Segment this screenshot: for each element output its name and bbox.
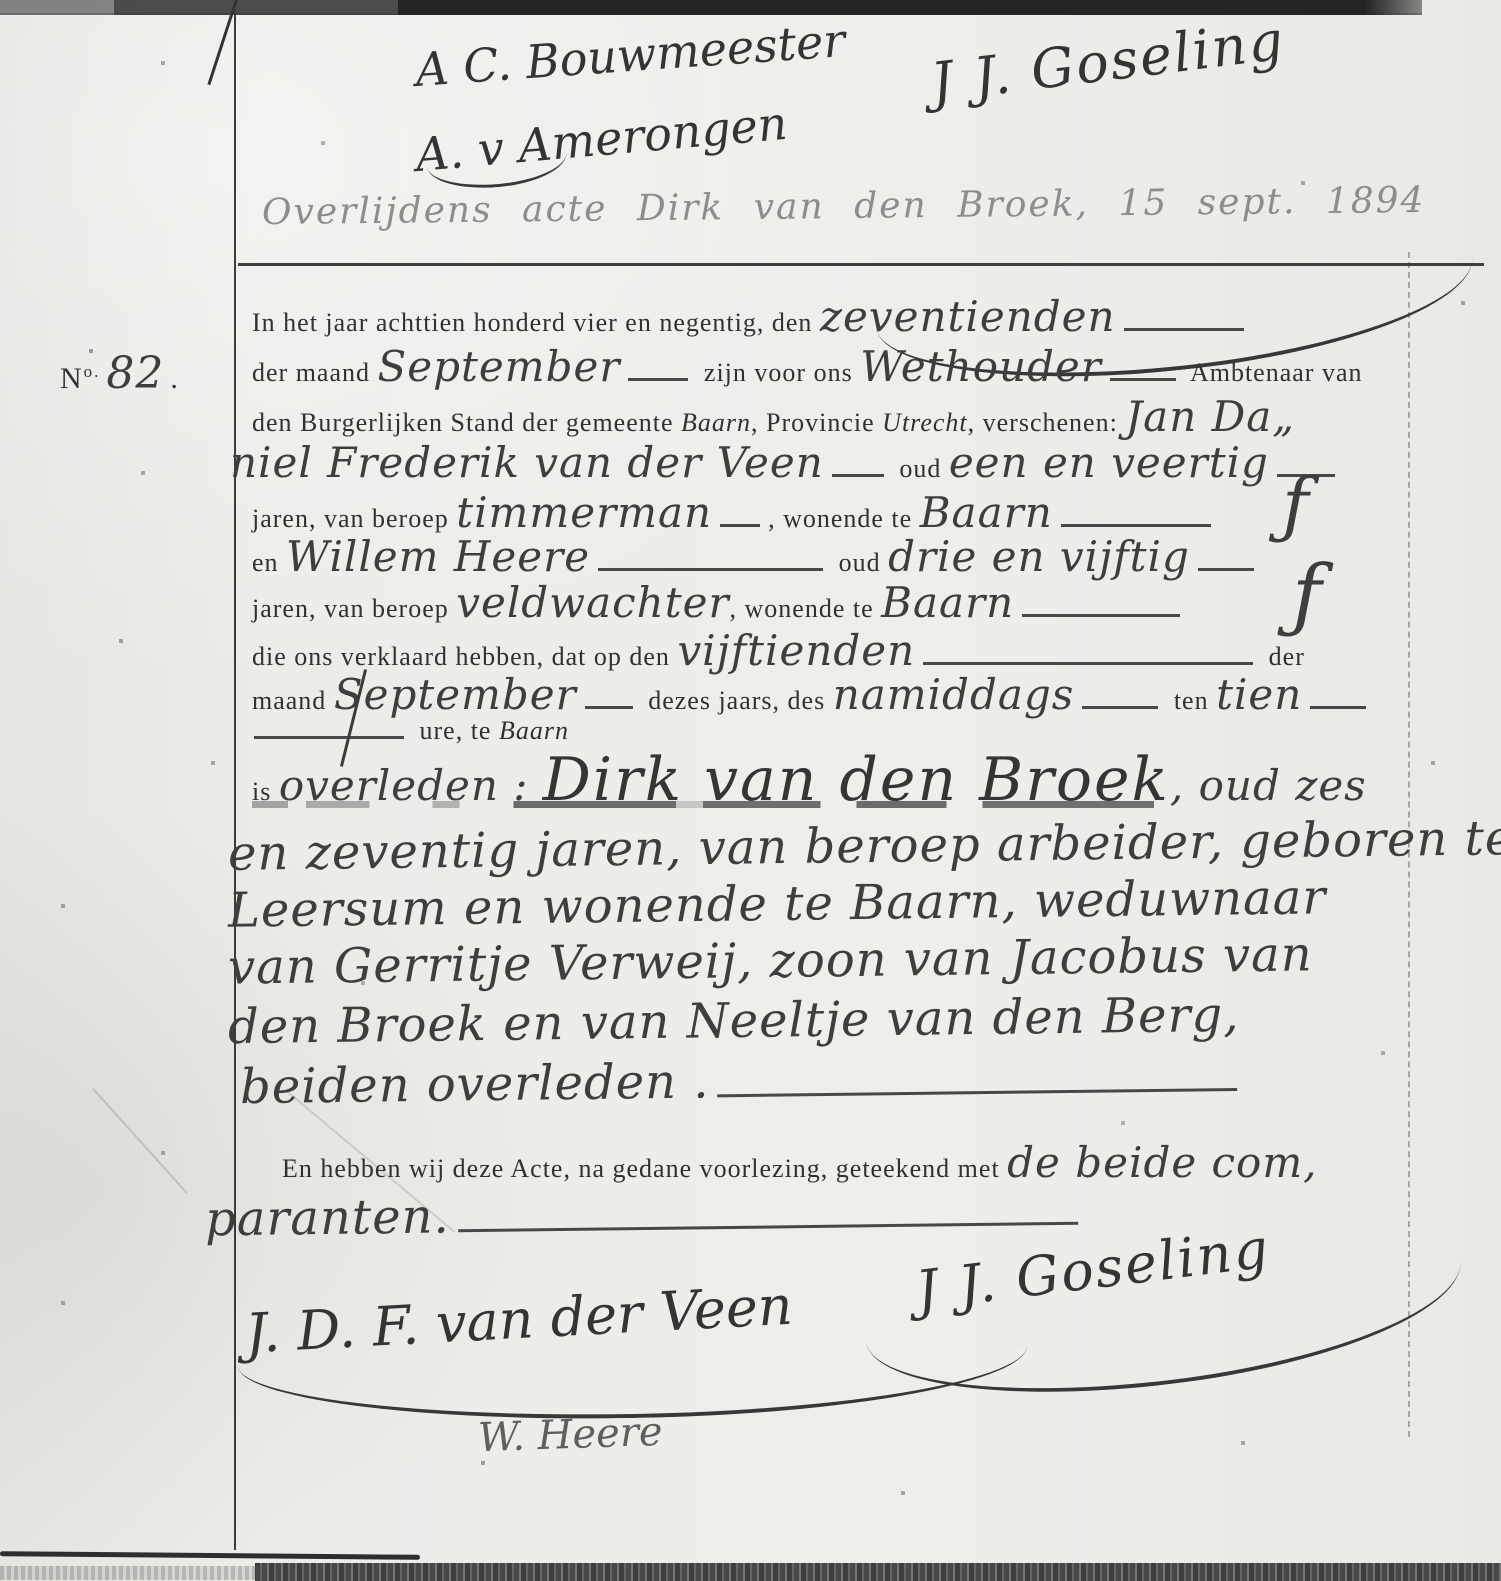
- body-line: jaren, van beroep veldwachter, wonende t…: [252, 578, 1188, 627]
- handwritten-entry: paranten.: [205, 1188, 450, 1247]
- act-number-dot: .: [170, 362, 180, 395]
- scan-bottom-band: [0, 1566, 260, 1580]
- signature-goseling-top: J J. Goseling: [927, 9, 1288, 115]
- blank-fill-line: [254, 731, 404, 739]
- handwritten-entry: namiddags: [833, 670, 1075, 719]
- body-line: der maand September zijn voor ons Wethou…: [252, 342, 1362, 391]
- body-line: die ons verklaard hebben, dat op den vij…: [252, 626, 1305, 675]
- scan-bottom-band: [255, 1563, 1501, 1581]
- body-line: en Willem Heere oud drie en vijftig: [252, 532, 1262, 581]
- blank-fill-line: [720, 519, 760, 527]
- scan-top-band: [0, 0, 1422, 15]
- printed-text: In het jaar achttien honderd vier en neg…: [252, 308, 820, 337]
- handwritten-entry: niel Frederik van der Veen: [230, 438, 824, 487]
- body-line: paranten.: [205, 1181, 1086, 1248]
- printed-text: zijn voor ons: [696, 358, 860, 387]
- printed-text: , Provincie: [751, 408, 882, 437]
- act-number: No.82.: [60, 348, 180, 399]
- death-record-scan: A C. Bouwmeester J J. Goseling A. v Amer…: [0, 0, 1501, 1581]
- printed-text: Ambtenaar van: [1184, 358, 1363, 387]
- body-line: niel Frederik van der Veen oud een en ve…: [230, 438, 1343, 487]
- handwritten-entry: tien: [1216, 670, 1302, 719]
- printed-text: ure, te: [412, 716, 499, 745]
- printed-text: oud: [892, 454, 949, 483]
- handwritten-entry: Baarn: [920, 488, 1053, 537]
- scan-speckles: [0, 0, 2, 2]
- body-line: den Burgerlijken Stand der gemeente Baar…: [252, 392, 1295, 441]
- body-line: ure, te Baarn: [246, 716, 569, 746]
- body-line: beiden overleden .: [240, 1047, 1246, 1115]
- pen-flourish: ƒ: [1292, 548, 1322, 641]
- blank-fill-line: [585, 701, 633, 709]
- scan-bottom-line: [0, 1551, 420, 1560]
- printed-text: den Burgerlijken Stand der gemeente: [252, 408, 681, 437]
- scratch-mark: [92, 1088, 187, 1193]
- body-line: jaren, van beroep timmerman, wonende te …: [252, 488, 1219, 537]
- body-line: In het jaar achttien honderd vier en neg…: [252, 292, 1252, 341]
- printed-text: maand: [252, 686, 334, 715]
- handwritten-entry: Jan Da„: [1125, 392, 1295, 441]
- handwritten-entry: een en veertig: [949, 438, 1269, 487]
- act-number-prefix: N: [60, 362, 84, 395]
- printed-text: dezes jaars, des: [641, 686, 833, 715]
- handwritten-entry: beiden overleden .: [240, 1053, 710, 1115]
- handwritten-entry: Willem Heere: [286, 532, 590, 581]
- signature-heere: W. Heere: [477, 1409, 663, 1461]
- printed-text: Baarn: [499, 716, 569, 745]
- handwritten-entry: drie en vijftig: [888, 532, 1190, 581]
- blank-fill-line: [1022, 609, 1180, 617]
- blank-fill-line: [832, 469, 884, 477]
- printed-text: En hebben wij deze Acte, na gedane voorl…: [282, 1154, 1007, 1183]
- body-line: maand September dezes jaars, des namidda…: [252, 670, 1374, 719]
- blank-fill-line: [1061, 519, 1211, 527]
- printed-text: der: [1261, 642, 1305, 671]
- blank-fill-line: [1082, 701, 1158, 709]
- handwritten-entry: timmerman: [456, 488, 712, 537]
- printed-text: en: [252, 548, 286, 577]
- signature-bouwmeester: A C. Bouwmeester: [414, 13, 847, 97]
- left-margin-rule: [234, 10, 236, 1550]
- handwritten-entry: van Gerritje Verweij, zoon van Jacobus v…: [228, 926, 1313, 995]
- handwritten-entry: den Broek en van Neeltje van den Berg,: [228, 987, 1240, 1055]
- blank-fill-line: [1310, 701, 1366, 709]
- printed-text: , wonende te: [730, 594, 882, 623]
- printed-text: der maand: [252, 358, 378, 387]
- blank-fill-line: [1110, 373, 1176, 381]
- body-line: den Broek en van Neeltje van den Berg,: [228, 987, 1240, 1055]
- handwritten-entry: , oud zes: [1170, 761, 1367, 810]
- printed-text: , verschenen:: [968, 408, 1126, 437]
- blank-fill-line: [1124, 323, 1244, 331]
- pen-flourish: ƒ: [1282, 462, 1309, 546]
- body-line: van Gerritje Verweij, zoon van Jacobus v…: [228, 926, 1313, 995]
- pencil-annotation: Overlijdens acte Dirk van den Broek, 15 …: [262, 180, 1426, 233]
- blank-fill-line: [1198, 563, 1254, 571]
- printed-text: jaren, van beroep: [252, 594, 456, 623]
- act-number-ordinal: o.: [84, 362, 101, 381]
- handwritten-entry: vijftienden: [677, 626, 915, 675]
- printed-text: oud: [831, 548, 888, 577]
- printed-text: jaren, van beroep: [252, 504, 456, 533]
- printed-text: , wonende te: [768, 504, 920, 533]
- handwritten-entry: September: [378, 342, 621, 391]
- blank-fill-line: [628, 373, 688, 381]
- printed-text: die ons verklaard hebben, dat op den: [252, 642, 677, 671]
- handwritten-entry: September: [334, 670, 577, 719]
- handwritten-entry: Wethouder: [860, 342, 1102, 391]
- printed-text: ten: [1166, 686, 1216, 715]
- handwritten-entry: de beide com,: [1007, 1138, 1317, 1187]
- blank-fill-line: [598, 563, 823, 571]
- handwritten-entry: veldwachter: [456, 578, 729, 627]
- blank-fill-line: [458, 1217, 1078, 1233]
- act-number-value: 82: [100, 348, 170, 399]
- blank-fill-line: [718, 1083, 1238, 1097]
- body-line: En hebben wij deze Acte, na gedane voorl…: [282, 1138, 1318, 1187]
- handwritten-entry: zeventienden: [820, 292, 1116, 341]
- name-underline-smudge: [252, 801, 1154, 808]
- printed-text: Utrecht: [882, 408, 967, 437]
- handwritten-entry: Baarn: [881, 578, 1014, 627]
- blank-fill-line: [923, 657, 1253, 665]
- header-rule: [238, 263, 1484, 266]
- printed-text: Baarn: [681, 408, 751, 437]
